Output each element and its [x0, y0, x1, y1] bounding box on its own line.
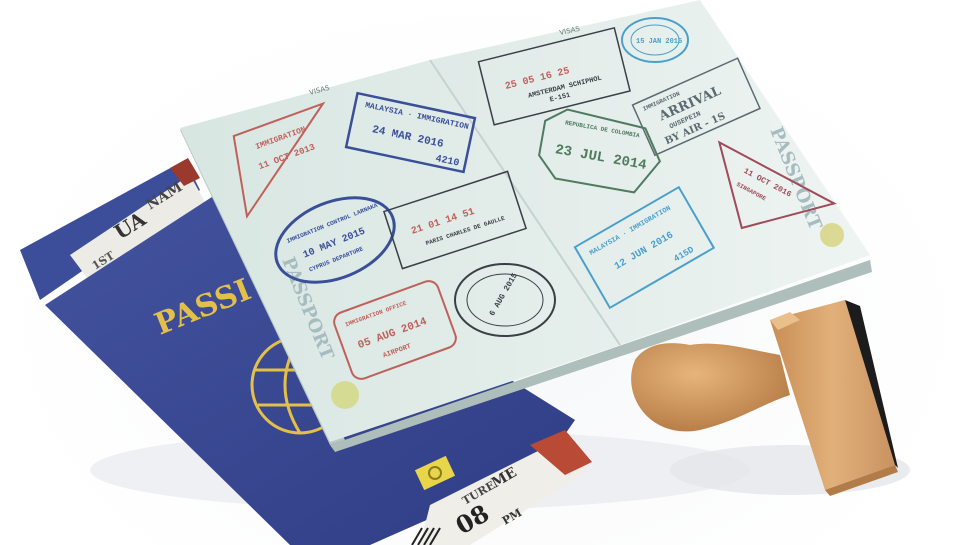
scene-illustration: NAM UA 1ST PASSI ME TURE 08 PM — [0, 0, 970, 545]
photo-scene: NAM UA 1ST PASSI ME TURE 08 PM — [0, 0, 970, 545]
hologram-seal-icon — [820, 223, 844, 247]
hologram-seal-icon — [331, 381, 359, 409]
svg-text:15 JAN 2015: 15 JAN 2015 — [636, 38, 682, 46]
